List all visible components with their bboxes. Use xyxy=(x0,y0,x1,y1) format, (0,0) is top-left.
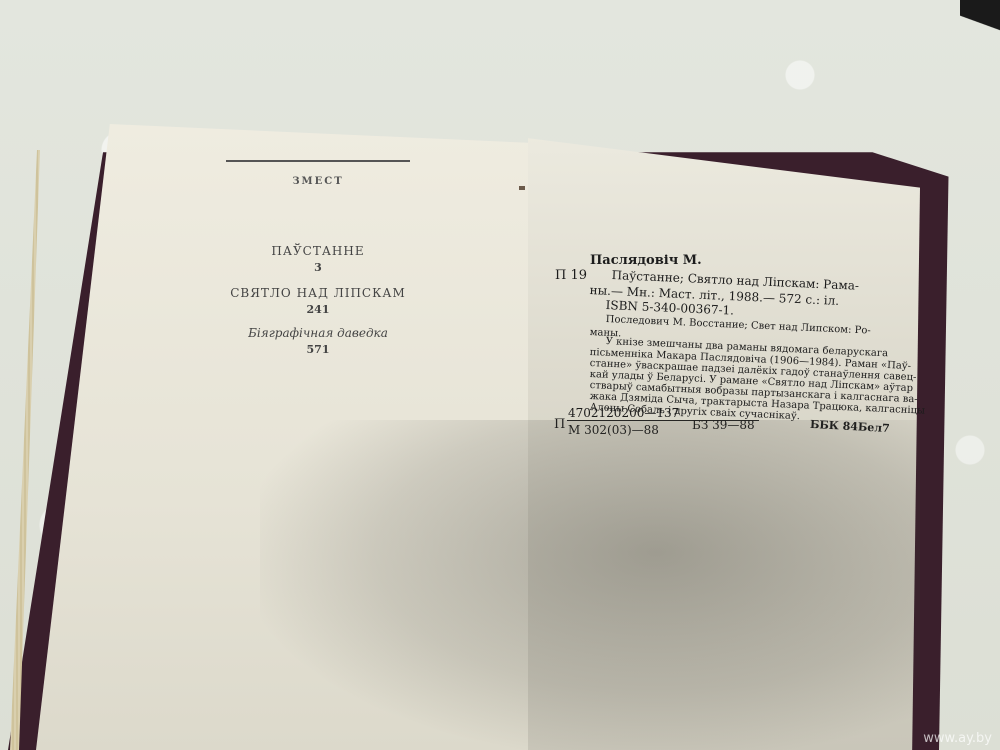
watermark: www.ay.by xyxy=(923,731,992,746)
toc-entry: ПАЎСТАННЕ 3 xyxy=(226,244,410,274)
catalog-code: П 19 xyxy=(555,269,587,283)
toc-page: 3 xyxy=(226,261,410,274)
toc-entry: СВЯТЛО НАД ЛІПСКАМ 241 xyxy=(226,286,410,316)
toc-heading: ЗМЕСТ xyxy=(226,176,410,187)
toc-title: ПАЎСТАННЕ xyxy=(226,244,410,258)
toc-entry: Біяграфічная даведка 571 xyxy=(226,326,410,356)
toc-page: 571 xyxy=(226,343,410,356)
toc-title: СВЯТЛО НАД ЛІПСКАМ xyxy=(226,286,410,300)
toc-page: 241 xyxy=(226,303,410,316)
hand-shadow xyxy=(260,420,920,750)
dark-object-corner xyxy=(960,0,1000,60)
spine-mark xyxy=(519,186,525,190)
classification-numerator: 4702120200—137 xyxy=(568,406,679,420)
toc-title: Біяграфічная даведка xyxy=(226,326,410,340)
author-name: Паслядовіч М. xyxy=(590,254,702,268)
toc-rule xyxy=(226,160,410,162)
